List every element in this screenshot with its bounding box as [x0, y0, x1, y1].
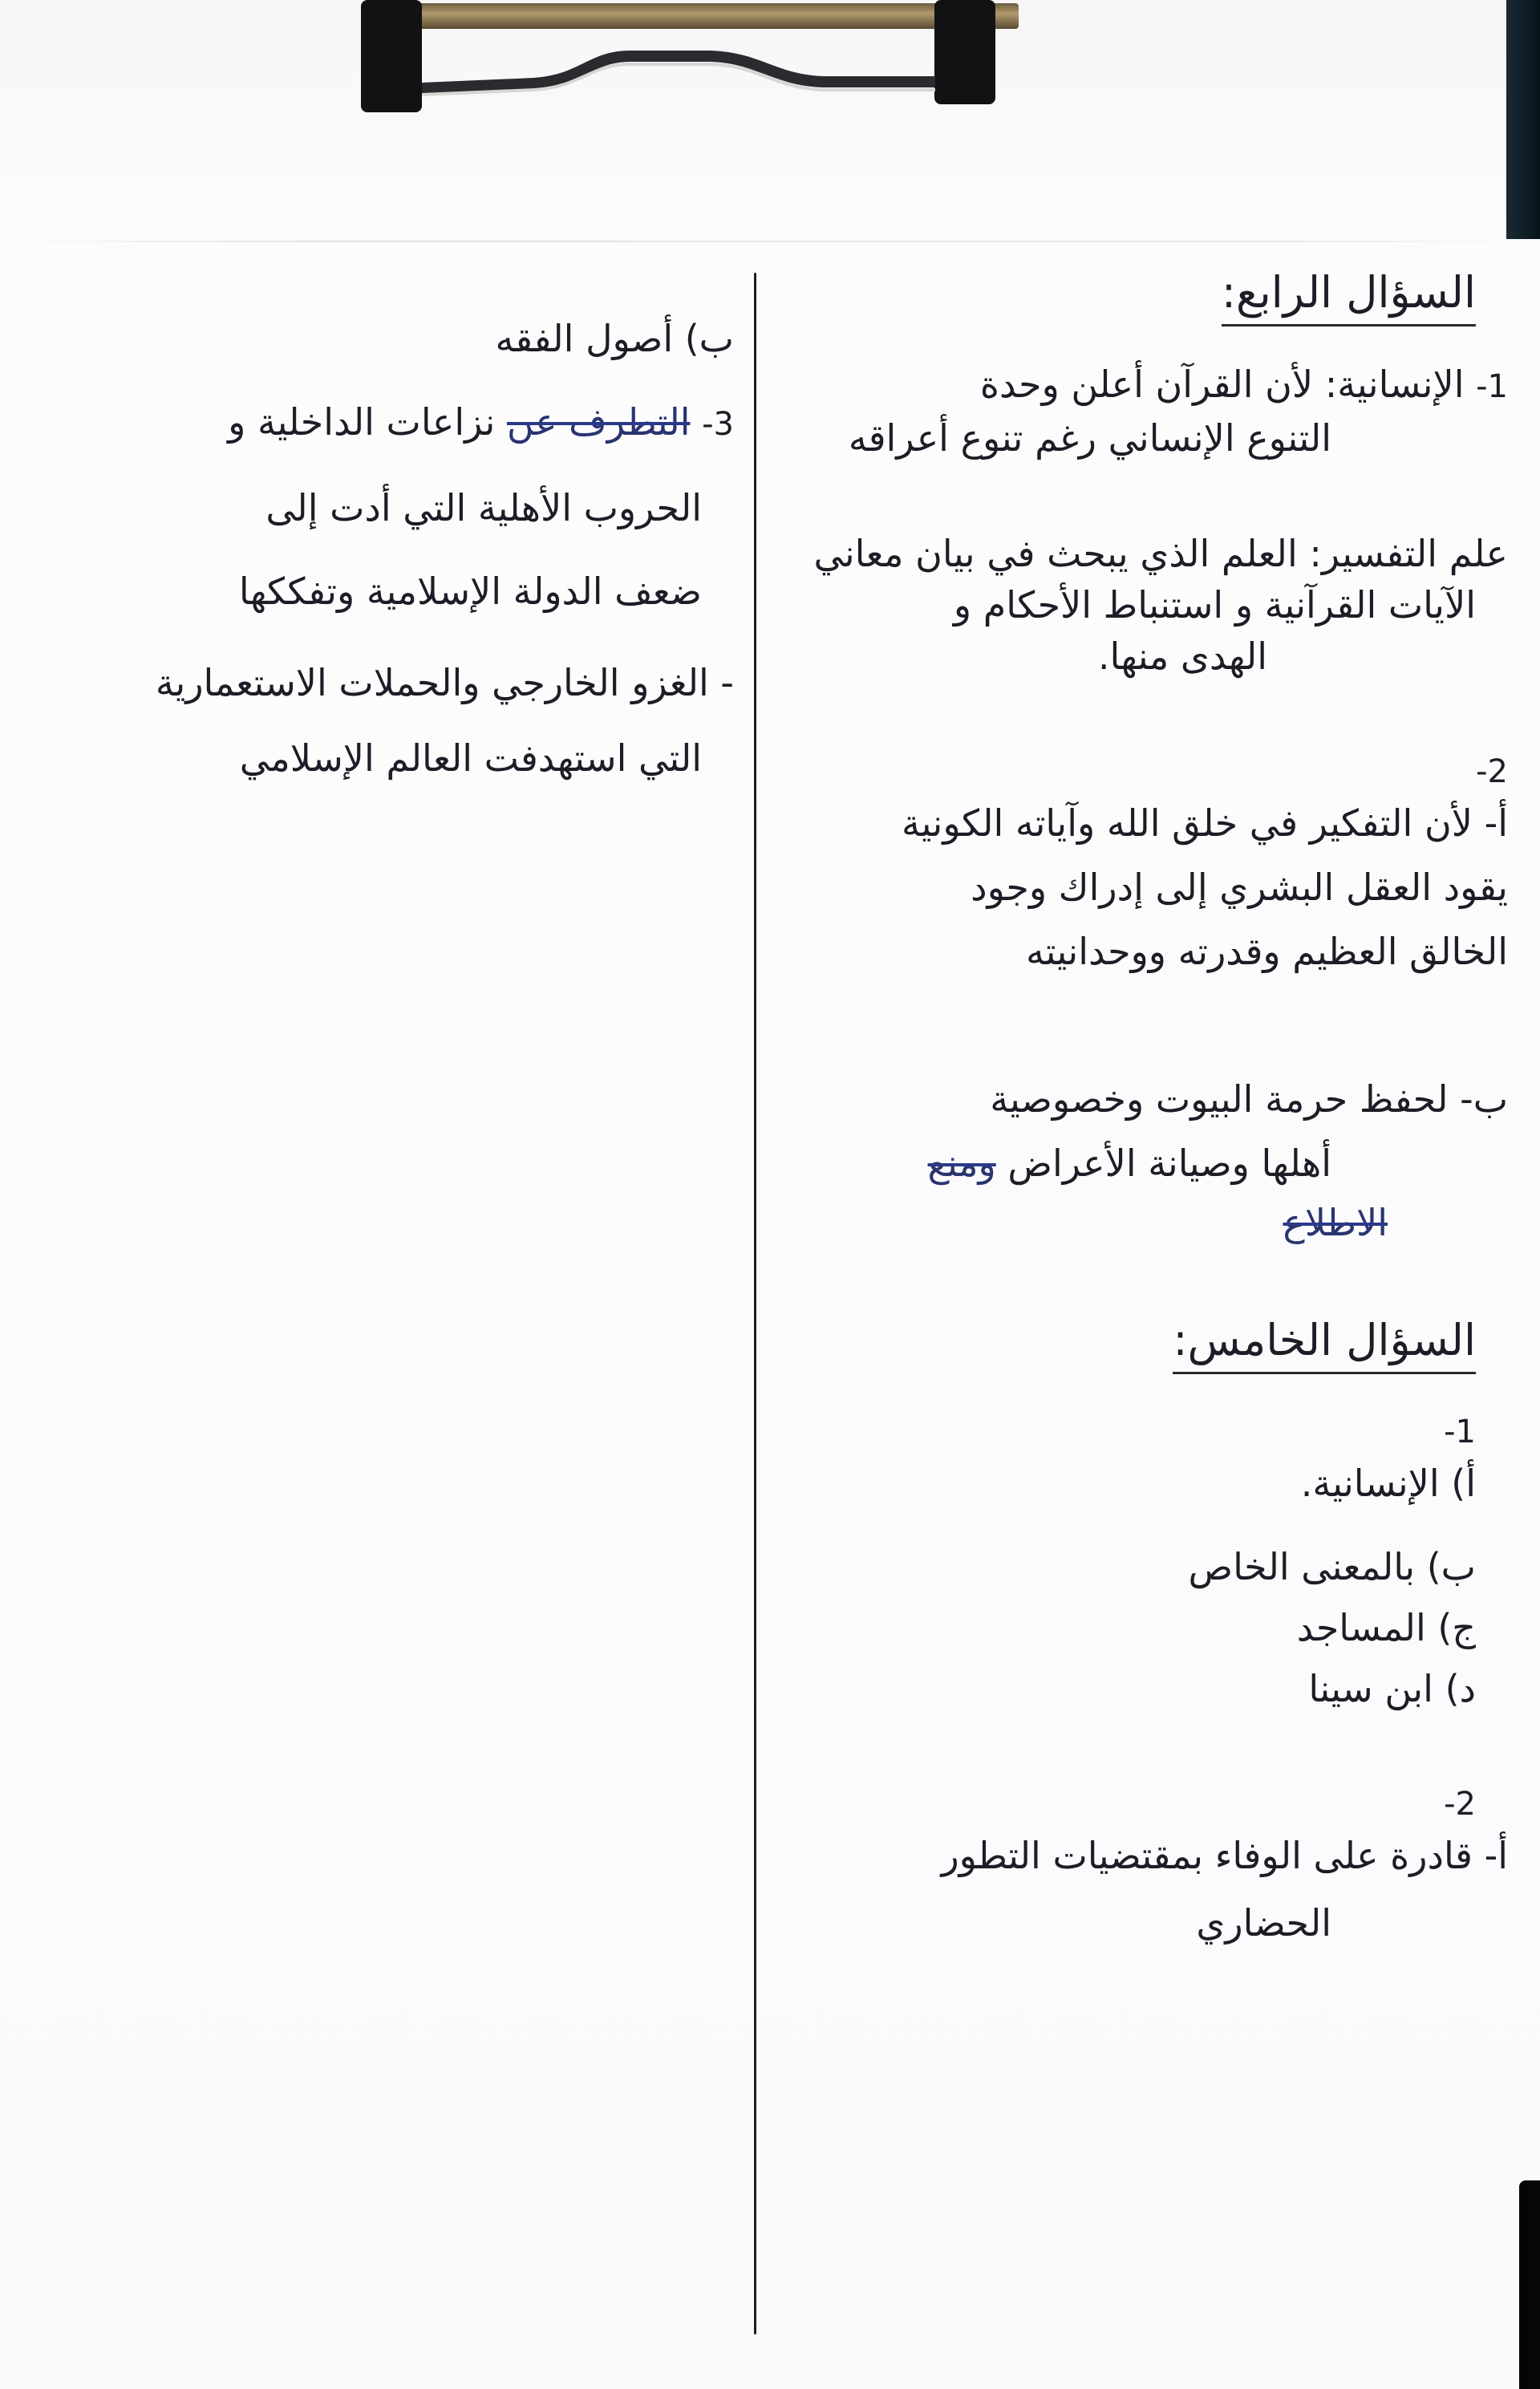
q5-answer-d-text: ابن سينا	[1308, 1667, 1433, 1710]
q4-item2-part-b: ب- لحفظ حرمة البيوت وخصوصية أهلها وصيانة…	[774, 1073, 1508, 1248]
q5-answer-c-label: ج)	[1437, 1606, 1476, 1649]
column-divider	[754, 273, 756, 2334]
clipboard-edge-top	[1506, 0, 1540, 239]
clipboard-edge-bottom	[1519, 2180, 1540, 2389]
left-item-b-label: ب)	[685, 317, 734, 360]
clip-end-right	[934, 0, 995, 104]
clip-hinge-bar	[385, 3, 1019, 29]
q5-answer-d-label: د)	[1445, 1667, 1476, 1710]
left-column: ب) أصول الفقه 3- التطرف عن نزاعات الداخل…	[48, 313, 734, 784]
q4-heading: السؤال الرابع:	[1222, 265, 1476, 327]
q5-heading: السؤال الخامس:	[1173, 1312, 1476, 1374]
q4-item2-part-b-label: ب-	[1460, 1077, 1508, 1121]
q4-item2: 2- أ- لأن التفكير في خلق الله وآياته الك…	[774, 746, 1508, 977]
struck-word: الاطلاع	[1283, 1197, 1388, 1248]
tafsir-definition: علم التفسير: العلم الذي يبحث في بيان معا…	[774, 528, 1508, 682]
q5-answer-d: د) ابن سينا	[774, 1663, 1476, 1714]
tafsir-line3: الهدى منها.	[774, 631, 1508, 682]
clip-end-left	[361, 0, 422, 112]
q5-item2-number: 2-	[774, 1779, 1508, 1830]
right-column: السؤال الرابع: 1- الإنسانية: لأن القرآن …	[774, 265, 1508, 1949]
paper-fold-line	[0, 241, 1540, 242]
q5-item2-part-a-label: أ-	[1485, 1834, 1508, 1877]
left-item3-line2: الحروب الأهلية التي أدت إلى	[48, 482, 734, 533]
q5-answer-b: ب) بالمعنى الخاص	[774, 1541, 1476, 1592]
q4-item2-part-a-line1: لأن التفكير في خلق الله وآياته الكونية	[902, 801, 1473, 845]
q5-item2: 2- أ- قادرة على الوفاء بمقتضيات التطور ا…	[774, 1779, 1508, 1949]
left-item-b-text: أصول الفقه	[495, 317, 673, 360]
q4-item1: 1- الإنسانية: لأن القرآن أعلن وحدة التنو…	[774, 359, 1508, 464]
left-item3-line1: نزاعات الداخلية و	[228, 400, 495, 444]
clip-wire	[422, 50, 935, 106]
q5-answer-c: ج) المساجد	[774, 1602, 1476, 1653]
left-item3-number: 3-	[702, 406, 734, 443]
q5-answer-b-text: بالمعنى الخاص	[1189, 1545, 1416, 1588]
left-item3-bullet2-line1: - الغزو الخارجي والحملات الاستعمارية	[48, 657, 734, 708]
tafsir-line1: علم التفسير: العلم الذي يبحث في بيان معا…	[774, 528, 1508, 579]
q4-item2-part-b-line1: لحفظ حرمة البيوت وخصوصية	[990, 1077, 1448, 1121]
q4-item2-part-a-line3: الخالق العظيم وقدرته ووحدانيته	[774, 926, 1508, 977]
q4-item2-part-a-label: أ-	[1485, 801, 1508, 845]
q4-item1-line1: الإنسانية: لأن القرآن أعلن وحدة	[980, 363, 1465, 406]
clipboard-clip	[353, 0, 1059, 120]
q5-item1: 1- أ) الإنسانية. ب) بالمعنى الخاص ج) الم…	[774, 1406, 1508, 1714]
q5-answer-a-label: أ)	[1451, 1462, 1476, 1505]
struck-word: ومنع	[928, 1138, 996, 1189]
q5-answer-c-text: المساجد	[1297, 1606, 1426, 1649]
q5-item2-part-a-line2: الحضاري	[774, 1897, 1508, 1949]
q5-item1-number: 1-	[774, 1406, 1476, 1458]
left-item3: 3- التطرف عن نزاعات الداخلية و الحروب ال…	[48, 396, 734, 784]
q5-answer-a: أ) الإنسانية.	[774, 1458, 1476, 1509]
q4-item2-part-b-line2: أهلها وصيانة الأعراض	[1007, 1142, 1331, 1185]
struck-word: التطرف عن	[507, 396, 691, 448]
q4-item2-part-a-line2: يقود العقل البشري إلى إدراك وجود	[774, 862, 1508, 913]
left-item-b: ب) أصول الفقه	[48, 313, 734, 364]
tafsir-line2: الآيات القرآنية و استنباط الأحكام و	[774, 579, 1508, 631]
q4-item1-number: 1-	[1476, 368, 1508, 405]
q5-answer-b-label: ب)	[1427, 1545, 1476, 1588]
q4-item2-number: 2-	[774, 746, 1508, 797]
left-item3-bullet2-line2: التي استهدفت العالم الإسلامي	[48, 732, 734, 784]
q5-item2-part-a-line1: قادرة على الوفاء بمقتضيات التطور	[941, 1834, 1473, 1877]
q5-answer-a-text: الإنسانية.	[1301, 1462, 1440, 1505]
q4-item1-line2: التنوع الإنساني رغم تنوع أعراقه	[774, 412, 1508, 464]
left-item3-line3: ضعف الدولة الإسلامية وتفككها	[48, 566, 734, 617]
